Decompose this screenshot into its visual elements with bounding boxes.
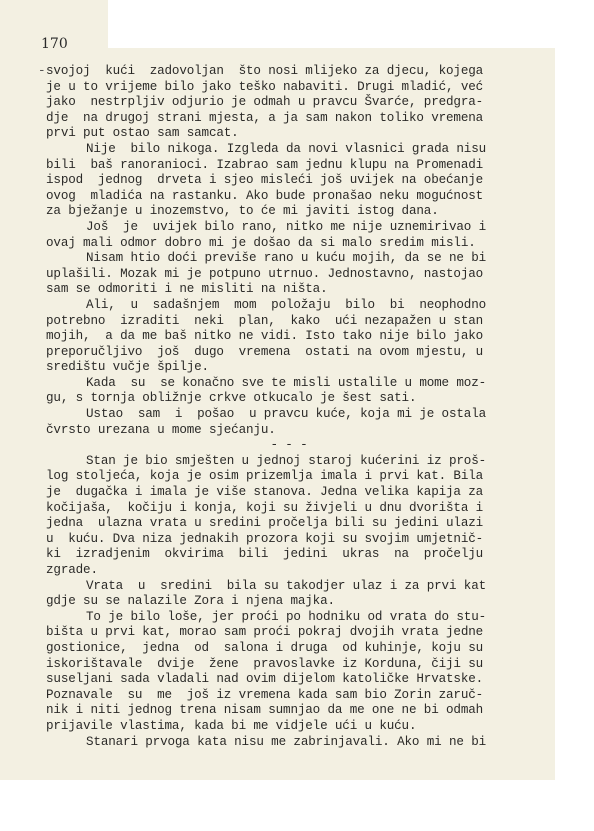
text-line: zgrade. — [46, 563, 532, 579]
text-line: gdje su se nalazile Zora i njena majka. — [46, 594, 532, 610]
text-line: za bježanje u inozemstvo, to će mi javit… — [46, 204, 532, 220]
text-line: kočijaša, kočiju i konja, koji su živjel… — [46, 501, 532, 517]
text-line: ovaj mali odmor dobro mi je došao da si … — [46, 236, 532, 252]
text-line: iskorištavale dvije žene pravoslavke iz … — [46, 657, 532, 673]
text-line: suseljani sada vladali nad ovim dijelom … — [46, 672, 532, 688]
text-line: gu, s tornja obližnje crkve otkucalo je … — [46, 391, 532, 407]
page-number: 170 — [41, 36, 68, 52]
text-line: ovog mladića na rastanku. Ako bude prona… — [46, 189, 532, 205]
text-line: sam se odmoriti i ne misliti na ništa. — [46, 282, 532, 298]
text-line: prvi put ostao sam samcat. — [46, 126, 532, 142]
text-line: središtu vučje špilje. — [46, 360, 532, 376]
text-line: jako nestrpljiv odjurio je odmah u pravc… — [46, 95, 532, 111]
text-line: prijavile vlastima, kada bi me vidjele u… — [46, 719, 532, 735]
text-line: mojih, a da me baš nitko ne vidi. Isto t… — [46, 329, 532, 345]
text-line: Vrata u sredini bila su takodjer ulaz i … — [46, 579, 532, 595]
text-line: bili baš ranoranioci. Izabrao sam jednu … — [46, 158, 532, 174]
text-line: čvrsto urezana u mome sjećanju. — [46, 423, 532, 439]
text-line: log stoljeća, koja je osim prizemlja ima… — [46, 469, 532, 485]
text-line: Još je uvijek bilo rano, nitko me nije u… — [46, 220, 532, 236]
text-line: dje na drugoj strani mjesta, a ja sam na… — [46, 111, 532, 127]
text-line: Poznavale su me još iz vremena kada sam … — [46, 688, 532, 704]
margin-mark: - — [38, 64, 46, 78]
body-text: svojoj kući zadovoljan što nosi mlijeko … — [46, 64, 532, 750]
text-line: Kada su se konačno sve te misli ustalile… — [46, 376, 532, 392]
text-line: potrebno izraditi neki plan, kako ući ne… — [46, 314, 532, 330]
text-line: svojoj kući zadovoljan što nosi mlijeko … — [46, 64, 532, 80]
page-margin — [108, 0, 594, 48]
text-line: Nisam htio doći previše rano u kuću moji… — [46, 251, 532, 267]
text-line: preporučljivo još dugo vremena ostati na… — [46, 345, 532, 361]
text-line: gostionice, jedna od salona i druga od k… — [46, 641, 532, 657]
text-line: jedna ulazna vrata u sredini pročelja bi… — [46, 516, 532, 532]
text-line: bišta u prvi kat, morao sam proći pokraj… — [46, 625, 532, 641]
text-line: Stan je bio smješten u jednoj staroj kuć… — [46, 454, 532, 470]
text-line: Stanari prvoga kata nisu me zabrinjavali… — [46, 735, 532, 751]
text-line: je u to vrijeme bilo jako teško nabaviti… — [46, 80, 532, 96]
text-line: To je bilo loše, jer proći po hodniku od… — [46, 610, 532, 626]
text-line: Ali, u sadašnjem mom položaju bilo bi ne… — [46, 298, 532, 314]
text-line: Nije bilo nikoga. Izgleda da novi vlasni… — [46, 142, 532, 158]
text-line: uplašili. Mozak mi je potpuno utrnuo. Je… — [46, 267, 532, 283]
text-line: je dugačka i imala je više stanova. Jedn… — [46, 485, 532, 501]
section-separator: - - - — [46, 438, 532, 454]
text-line: u kuću. Dva niza jednakih prozora koji s… — [46, 532, 532, 548]
text-line: Ustao sam i pošao u pravcu kuće, koja mi… — [46, 407, 532, 423]
text-line: ki izradjenim okvirima bili jedini ukras… — [46, 547, 532, 563]
text-line: ispod jednog drveta i sjeo misleći još u… — [46, 173, 532, 189]
text-line: nik i niti jednog trena nisam sumnjao da… — [46, 703, 532, 719]
